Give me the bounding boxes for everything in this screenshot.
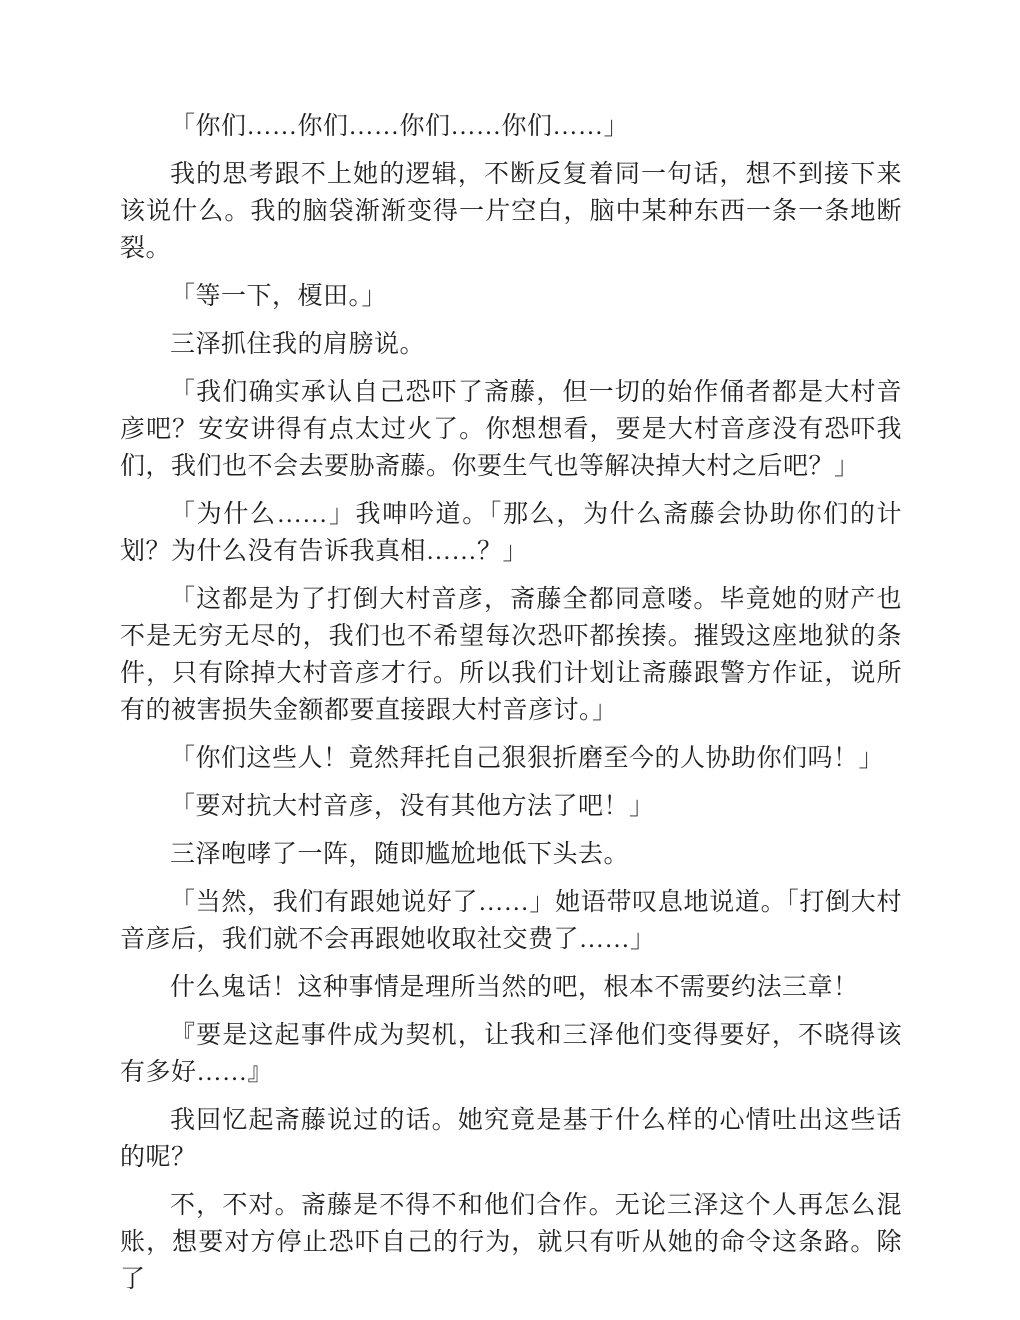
novel-text-block: 「你们……你们……你们……你们……」我的思考跟不上她的逻辑，不断反复着同一句话，… [120, 108, 902, 1298]
paragraph: 「要对抗大村音彦，没有其他方法了吧！」 [120, 788, 902, 825]
paragraph: 「这都是为了打倒大村音彦，斋藤全都同意喽。毕竟她的财产也不是无穷无尽的，我们也不… [120, 581, 902, 729]
paragraph: 三泽咆哮了一阵，随即尴尬地低下头去。 [120, 836, 902, 873]
document-page: 「你们……你们……你们……你们……」我的思考跟不上她的逻辑，不断反复着同一句话，… [0, 0, 1020, 1320]
paragraph: 我回忆起斋藤说过的话。她究竟是基于什么样的心情吐出这些话的呢？ [120, 1102, 902, 1176]
paragraph: 『要是这起事件成为契机，让我和三泽他们变得要好，不晓得该有多好……』 [120, 1017, 902, 1091]
paragraph: 三泽抓住我的肩膀说。 [120, 326, 902, 363]
paragraph: 「你们……你们……你们……你们……」 [120, 108, 902, 145]
paragraph: 「当然，我们有跟她说好了……」她语带叹息地说道。「打倒大村音彦后，我们就不会再跟… [120, 884, 902, 958]
paragraph: 什么鬼话！这种事情是理所当然的吧，根本不需要约法三章！ [120, 969, 902, 1006]
paragraph: 「我们确实承认自己恐吓了斋藤，但一切的始作俑者都是大村音彦吧？安安讲得有点太过火… [120, 374, 902, 485]
paragraph: 「等一下，榎田。」 [120, 278, 902, 315]
paragraph: 我的思考跟不上她的逻辑，不断反复着同一句话，想不到接下来该说什么。我的脑袋渐渐变… [120, 156, 902, 267]
paragraph: 「为什么……」我呻吟道。「那么，为什么斋藤会协助你们的计划？为什么没有告诉我真相… [120, 496, 902, 570]
paragraph: 不，不对。斋藤是不得不和他们合作。无论三泽这个人再怎么混账，想要对方停止恐吓自己… [120, 1187, 902, 1298]
paragraph: 「你们这些人！竟然拜托自己狠狠折磨至今的人协助你们吗！」 [120, 740, 902, 777]
